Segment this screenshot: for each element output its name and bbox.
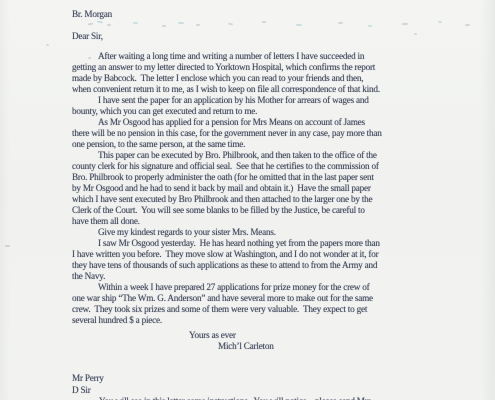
letter-line: the Navy. [72,271,432,282]
scan-speck [97,20,103,23]
scan-speck [5,245,10,247]
scan-speck [196,24,200,26]
letter-paragraph: Give my kindest regards to your sister M… [72,227,432,238]
letter-paragraph: As Mr Osgood has applied for a pension f… [72,117,432,150]
scan-speck [338,22,343,24]
letter-line: Clerk of the Court. You will see some bl… [72,205,432,216]
letter-line: they have tens of thousands of such appl… [72,260,432,271]
letter2-partial-line: You will see in this letter some instruc… [72,396,371,400]
letter-line: by Mr Osgood and he had to send it back … [72,183,432,194]
scan-speck [438,21,442,23]
letter-line: which I have sent executed by Bro Philbr… [72,194,432,205]
letter-line: I have written you before. They move slo… [72,249,432,260]
letter-paragraph: Within a week I have prepared 27 applica… [72,282,432,326]
letter-line: one pension, to the same person, at the … [72,139,432,150]
scan-speck [228,23,233,25]
scan-speck [46,44,49,46]
letter-paragraph: I saw Mr Osgood yesterday. He has heard … [72,238,432,282]
letter-line: I have sent the paper for an application… [72,95,432,106]
letter-paragraph: I have sent the paper for an application… [72,95,432,117]
letter-line: Bro. Philbrook to properly administer th… [72,172,432,183]
letter-paragraph: After waiting a long time and writing a … [72,51,432,95]
letter-line: crew. They took six prizes and some of t… [72,304,432,315]
letter-line: one war ship “The Wm. G. Anderson” and h… [72,293,432,304]
letter1-closing: Yours as ever [189,330,236,341]
letter-line: Give my kindest regards to your sister M… [72,227,432,238]
scan-speck [133,22,138,24]
letter-paragraph: This paper can be executed by Bro. Philb… [72,150,432,227]
scan-speck [465,24,470,26]
scan-speck [296,24,302,26]
scan-speck [88,23,93,25]
letter-line: there will be no pension in this case, f… [72,128,432,139]
letter1-addressee: Br. Morgan [72,9,112,20]
letter-line: I saw Mr Osgood yesterday. He has heard … [72,238,432,249]
letter-line: This paper can be executed by Bro. Philb… [72,150,432,161]
scan-speck [368,25,372,27]
letter-line: made by Babcock. The letter I enclose wh… [72,73,432,84]
scan-speck [262,21,266,23]
letter1-body: After waiting a long time and writing a … [72,51,432,326]
scan-speck [414,33,417,35]
letter-line: After waiting a long time and writing a … [72,51,432,62]
scan-speck [162,25,166,27]
letter-line: bounty, which you can get executed and r… [72,106,432,117]
scan-speck [402,23,408,25]
letter-line: when convenient return it to me, as I wi… [72,84,432,95]
letter-line: Within a week I have prepared 27 applica… [72,282,432,293]
letter-line: several hundred $ a piece. [72,315,432,326]
scan-speck [107,24,111,26]
letter-line: have them all done. [72,216,432,227]
letter2-greeting: D Sir [72,385,91,396]
scan-speck [178,22,184,24]
letter2-addressee: Mr Perry [72,373,104,384]
letter-line: county clerk for his signature and offic… [72,161,432,172]
letter1-greeting: Dear Sir, [72,31,103,42]
letter-page: Br. Morgan Dear Sir, After waiting a lon… [0,0,495,400]
letter1-signature: Mich’l Carleton [218,341,274,352]
letter-line: getting an answer to my letter directed … [72,62,432,73]
letter-line: As Mr Osgood has applied for a pension f… [72,117,432,128]
